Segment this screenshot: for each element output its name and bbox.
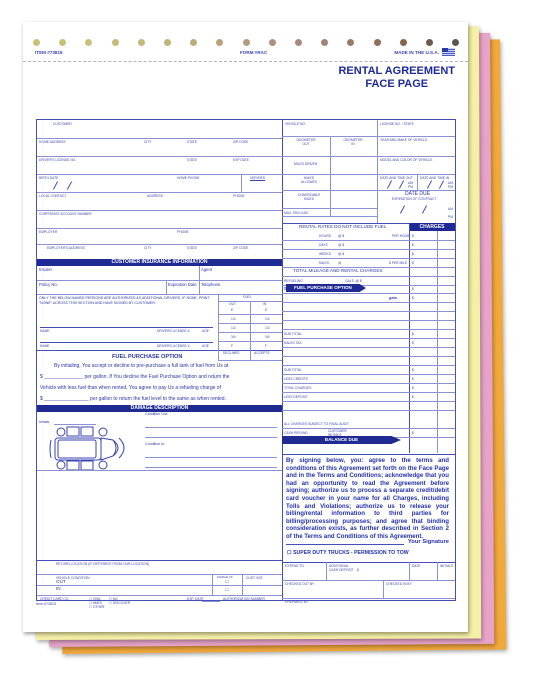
additional-drivers-notice: ONLY THE BELOW NAMED PERSONS ARE AUTHORI… [39,296,215,306]
binding-hole [33,39,40,46]
corporate-account-label: CORPORATE ACCOUNT NUMBER [39,212,92,216]
binding-hole [112,39,119,46]
fuel-purchase-option-band: FUEL PURCHASE OPTION [286,284,366,292]
fuel-declines-box[interactable]: DECLINES [223,351,240,355]
perforation-line [23,61,468,62]
binding-hole [321,39,328,46]
page-title: RENTAL AGREEMENT FACE PAGE [338,65,455,91]
local-contact-label: LOCAL CONTACT [39,194,66,198]
deposit-dollar: $ [357,568,359,572]
sales-tax-amount[interactable]: $ [412,341,414,345]
binding-hole [216,39,223,46]
extend-to-label: EXTEND TO [285,564,304,568]
car-diagram-icon[interactable] [49,426,141,470]
miles-rate: @ [338,261,341,265]
less-credits-amount[interactable]: $ [412,377,414,381]
cash-refund-amount[interactable]: $ [412,431,414,435]
charges-header: CHARGES [409,223,455,231]
date-time-out-label: DATE AND TIME OUT [380,176,413,180]
damage-notes-area[interactable] [38,471,281,559]
odometer-out-label: ODOMETER OUT [295,138,317,146]
damage-ok-out-checkbox[interactable]: ☐ [225,579,229,584]
contact-address-label: ADDRESS [147,194,163,198]
date-time-in-label: DATE AND TIME IN [420,176,449,180]
condition-in-row: IN [56,586,61,591]
form-number: FORM #RAC [240,50,267,55]
fuel-in-level[interactable]: 1/4 [265,317,270,321]
binding-holes [33,39,458,47]
insurance-header: CUSTOMER INSURANCE INFORMATION [37,259,282,266]
fuel-option-title: FUEL PURCHASE OPTION [112,354,182,360]
binding-hole [164,39,171,46]
weeks-rate: @ $ [338,252,344,256]
employer-phone-label: PHONE [177,230,189,234]
hours-label: HOURS [319,234,331,238]
insurer-label: Insurer [39,267,52,272]
in-pm[interactable]: PM [448,185,453,189]
fuel-option-text: By initialing, You accept or decline to … [40,361,280,405]
fuel-out-level[interactable]: F [231,344,233,348]
footer-item-number: Item #73815 [36,602,56,606]
home-phone-label: HOME PHONE [177,176,200,180]
fuel-option-line2: $ ______________ per gallon. If You decl… [40,372,280,383]
fuel-option-amount[interactable]: $ [412,296,414,300]
condition-out-row: OUT [56,579,66,584]
fuel-header: FUEL [243,295,251,299]
employer-state-label: STATE [187,246,197,250]
hours-rate: @ $ [338,234,344,238]
total-charges-amount[interactable]: $ [412,386,414,390]
made-in-text: MADE IN THE U.S.A. [394,50,439,55]
weeks-label: WEEKS [319,252,331,256]
rental-form: CUSTOMER HOME ADDRESS CITY STATE ZIP COD… [36,119,456,601]
binding-hole [269,39,276,46]
miles-driven-label: MILES DRIVEN [294,162,317,166]
tow-permission[interactable]: ☐ SUPER DUTY TRUCKS - PERMISSION TO TOW [287,550,409,556]
authorization-number-label: AUTHORIZATION NUMBER [223,597,265,601]
binding-hole [426,39,433,46]
fuel-in-level[interactable]: E [265,308,267,312]
miles-label: MILES [319,261,329,265]
checked-in-by-label: CHECKED IN BY [386,582,412,586]
fuel-option-line3: Vehicle with less fuel than when rented,… [40,383,280,394]
fuel-out-level[interactable]: 1/2 [231,326,236,330]
agreement-text: By signing below, you: agree to the term… [286,457,449,541]
fuel-in-label: IN [263,302,266,306]
customer-field[interactable] [38,126,281,137]
employer-zip-label: ZIP CODE [233,246,249,250]
sales-tax-label: SALES TAX [284,341,302,345]
agent-label: Agent [201,267,212,272]
due-pm[interactable]: PM [448,215,453,219]
refueling-label: REFUELING [284,279,303,283]
cash-refund-label: CASH REFUND [284,431,308,435]
driver1-name-label: NAME [40,329,50,333]
card-other-checkbox[interactable]: ☐ OTHER [89,605,104,609]
binding-hole [59,39,66,46]
prepared-by-label: PREPARED BY [285,600,308,604]
days-amount[interactable]: $ [412,243,414,247]
miles-unit: $ PER MILE [389,261,407,265]
binding-hole [295,39,302,46]
credit-card-label: CREDIT CARD CO. [40,597,69,601]
verified-label: VERIFIED [250,176,265,180]
item-number: ITEM #73815 [35,50,63,55]
us-flag-icon [442,48,455,56]
damage-ok-in-checkbox[interactable]: ☐ [225,587,229,592]
rates-header: RENTAL RATES DO NOT INCLUDE FUEL [299,224,386,229]
sub-total-1-amount[interactable]: $ [412,287,414,291]
fuel-option-line4: $ ________________ per gallon to return … [40,394,280,405]
sub-total-3-label: SUB TOTAL [284,368,302,372]
model-color-label: MODEL AND COLOR OF VEHICLE [380,158,432,162]
tow-label: SUPER DUTY TRUCKS - PERMISSION TO TOW [293,550,409,556]
miles-allowed-label: MILES ALLOWED [299,176,319,184]
days-label: DAYS [319,243,328,247]
damage-header: DAMAGE DESCRIPTION [37,405,282,412]
less-credits-label: LESS CREDITS [284,377,308,381]
miles-amount[interactable]: $ [412,261,414,265]
fuel-out-level[interactable]: 3/4 [231,335,236,339]
birth-date-label: BIRTH DATE [39,176,58,180]
days-rate: @ $ [338,243,344,247]
out-pm[interactable]: PM [408,185,413,189]
fuel-in-level[interactable]: F [265,344,267,348]
binding-hole [400,39,407,46]
cust-init-label: CUST. INIT. [246,576,263,580]
final-audit-label: ALL CHARGES SUBJECT TO FINAL AUDIT [284,422,349,426]
expiration-label: EXPIRATION OF CONTRACT [392,197,436,201]
binding-hole [374,39,381,46]
fuel-out-level[interactable]: 1/4 [231,317,236,321]
title-line-1: RENTAL AGREEMENT [338,65,455,78]
employer-label: EMPLOYER [39,230,57,234]
contact-phone-label: PHONE [233,194,245,198]
policy-no-label: Policy No. [39,282,58,287]
weeks-amount[interactable]: $ [412,252,414,256]
driver2-license-label: DRIVERS LICENSE # [157,344,189,348]
total-mileage-label: TOTAL MILEAGE AND RENTAL CHARGES [293,268,383,273]
made-in-usa: MADE IN THE U.S.A. [394,48,455,56]
year-make-label: YEAR AND MAKE OF VEHICLE [380,138,427,142]
initials-label: Initials [39,420,49,424]
odometer-in-label: ODOMETER IN [342,138,364,146]
fuel-in-level[interactable]: 1/2 [265,326,270,330]
refueling-rate: GALS. @ $ [345,279,362,283]
condition-out-label: Condition Out: [145,412,168,416]
binding-hole [138,39,145,46]
extend-date-label: DATE [412,564,421,568]
sub-total-2-amount[interactable]: $ [412,332,414,336]
driver1-age-label: AGE [202,329,209,333]
binding-hole [347,39,354,46]
balance-due-band: BALANCE DUE [282,436,401,444]
binding-hole [190,39,197,46]
fuel-accepts-box[interactable]: ACCEPTS [254,351,270,355]
fuel-out-label: OUT [229,302,236,306]
driver2-name-label: NAME [40,344,50,348]
gals-label: gals. [389,295,398,300]
fuel-option-line1: By initialing, You accept or decline to … [40,361,280,372]
drivers-license-field[interactable] [38,162,281,173]
driver1-license-label: DRIVERS LICENSE # [157,329,189,333]
sub-total-2-label: SUB TOTAL [284,332,302,336]
telephone-label: Telephone [201,282,220,287]
chargeable-miles-label: CHARGEABLE MILES [297,193,321,201]
driver2-age-label: AGE [202,344,209,348]
employer-address-label: EMPLOYER'S ADDRESS [47,246,85,250]
title-line-2: FACE PAGE [338,78,455,91]
customer-initials-label: CUSTOMER INITIALS [328,429,346,437]
expiration-date-label: Expiration Date [168,282,197,287]
less-deposit-label: LESS DEPOSIT [284,395,308,399]
license-state-label: LICENSE NO. / STATE [380,122,414,126]
return-location-label: RETURN LOCATION (IF DIFFERENT FROM OUR L… [56,562,149,566]
binding-hole [85,39,92,46]
binding-hole [243,39,250,46]
total-charges-label: TOTAL CHARGES [284,386,311,390]
vehicle-no-label: VEHICLE NO. [285,122,306,126]
form-header-strip: ITEM #73815 FORM #RAC MADE IN THE U.S.A. [35,50,455,60]
checked-out-by-label: CHECKED OUT BY [285,582,314,586]
signature-label: Your Signature [286,539,449,545]
less-deposit-amount[interactable]: $ [412,395,414,399]
additional-deposit-label: ADDITIONAL CASH DEPOSIT [329,564,355,572]
form-page: ITEM #73815 FORM #RAC MADE IN THE U.S.A.… [23,22,468,632]
condition-in-label: Condition In: [145,442,165,446]
employer-city-label: CITY [144,246,152,250]
home-address-field[interactable] [38,144,281,155]
max-payload-label: MAX. PAYLOAD [284,211,308,215]
due-am[interactable]: AM [448,207,453,211]
sub-total-3-amount[interactable]: $ [412,368,414,372]
extend-initials-label: INITIALS [440,564,453,568]
binding-hole [452,39,459,46]
fuel-out-level[interactable]: E [231,308,233,312]
card-discover-checkbox[interactable]: ☐ DISCOVER [109,601,130,605]
hours-amount[interactable]: $ [412,234,414,238]
hours-unit: PER HOUR [392,234,409,238]
fuel-in-level[interactable]: 3/4 [265,335,270,339]
